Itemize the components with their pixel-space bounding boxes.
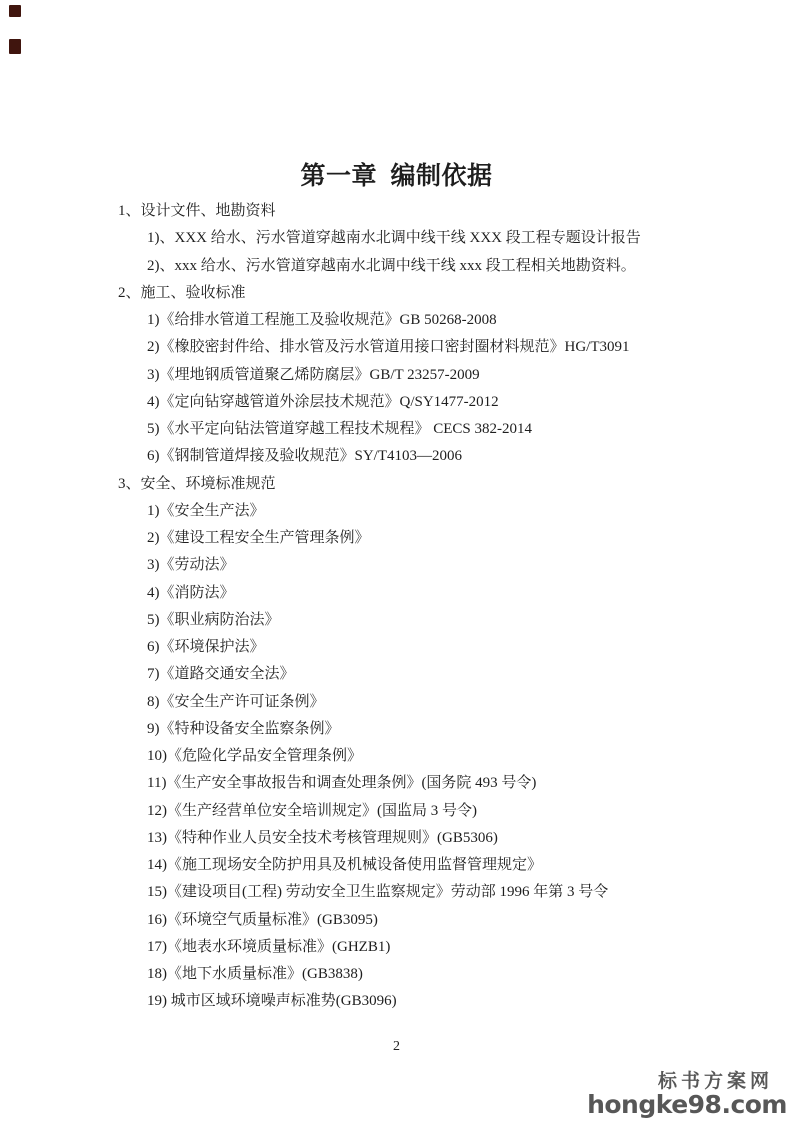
list-item: 15)《建设项目(工程) 劳动安全卫生监察规定》劳动部 1996 年第 3 号令: [0, 877, 793, 904]
list-item: 4)《消防法》: [0, 578, 793, 605]
section-heading: 3、安全、环境标准规范: [0, 469, 793, 496]
list-item: 6)《环境保护法》: [0, 632, 793, 659]
list-item: 17)《地表水环境质量标准》(GHZB1): [0, 932, 793, 959]
list-item: 7)《道路交通安全法》: [0, 659, 793, 686]
list-item: 9)《特种设备安全监察条例》: [0, 714, 793, 741]
list-item: 18)《地下水质量标准》(GB3838): [0, 959, 793, 986]
watermark-site-url: hongke98.com: [587, 1092, 787, 1118]
list-item: 1)《安全生产法》: [0, 496, 793, 523]
list-item: 4)《定向钻穿越管道外涂层技术规范》Q/SY1477-2012: [0, 387, 793, 414]
chapter-title: 第一章 编制依据: [0, 156, 793, 192]
list-item: 8)《安全生产许可证条例》: [0, 687, 793, 714]
list-item: 2)《橡胶密封件给、排水管及污水管道用接口密封圈材料规范》HG/T3091: [0, 332, 793, 359]
list-item: 6)《钢制管道焊接及验收规范》SY/T4103—2006: [0, 441, 793, 468]
section-heading: 2、施工、验收标准: [0, 278, 793, 305]
list-item: 12)《生产经营单位安全培训规定》(国监局 3 号令): [0, 796, 793, 823]
scan-artifact-mark: [9, 39, 21, 54]
list-item: 19) 城市区域环境噪声标准势(GB3096): [0, 986, 793, 1013]
list-item: 2)《建设工程安全生产管理条例》: [0, 523, 793, 550]
section-heading: 1、设计文件、地勘资料: [0, 196, 793, 223]
list-item: 14)《施工现场安全防护用具及机械设备使用监督管理规定》: [0, 850, 793, 877]
list-item: 16)《环境空气质量标准》(GB3095): [0, 905, 793, 932]
list-item: 5)《职业病防治法》: [0, 605, 793, 632]
page-number: 2: [0, 1039, 793, 1055]
scan-artifact-mark: [9, 5, 21, 17]
list-item: 11)《生产安全事故报告和调查处理条例》(国务院 493 号令): [0, 768, 793, 795]
list-item: 10)《危险化学品安全管理条例》: [0, 741, 793, 768]
list-item: 1)、XXX 给水、污水管道穿越南水北调中线干线 XXX 段工程专题设计报告: [0, 223, 793, 250]
watermark: 标书方案网 hongke98.com: [587, 1072, 787, 1118]
list-item: 5)《水平定向钻法管道穿越工程技术规程》 CECS 382-2014: [0, 414, 793, 441]
list-item: 1)《给排水管道工程施工及验收规范》GB 50268-2008: [0, 305, 793, 332]
list-item: 2)、xxx 给水、污水管道穿越南水北调中线干线 xxx 段工程相关地勘资料。: [0, 251, 793, 278]
document-page: 第一章 编制依据 1、设计文件、地勘资料1)、XXX 给水、污水管道穿越南水北调…: [0, 0, 793, 1122]
list-item: 3)《埋地钢质管道聚乙烯防腐层》GB/T 23257-2009: [0, 360, 793, 387]
list-item: 3)《劳动法》: [0, 550, 793, 577]
list-item: 13)《特种作业人员安全技术考核管理规则》(GB5306): [0, 823, 793, 850]
document-body: 1、设计文件、地勘资料1)、XXX 给水、污水管道穿越南水北调中线干线 XXX …: [0, 196, 793, 1014]
